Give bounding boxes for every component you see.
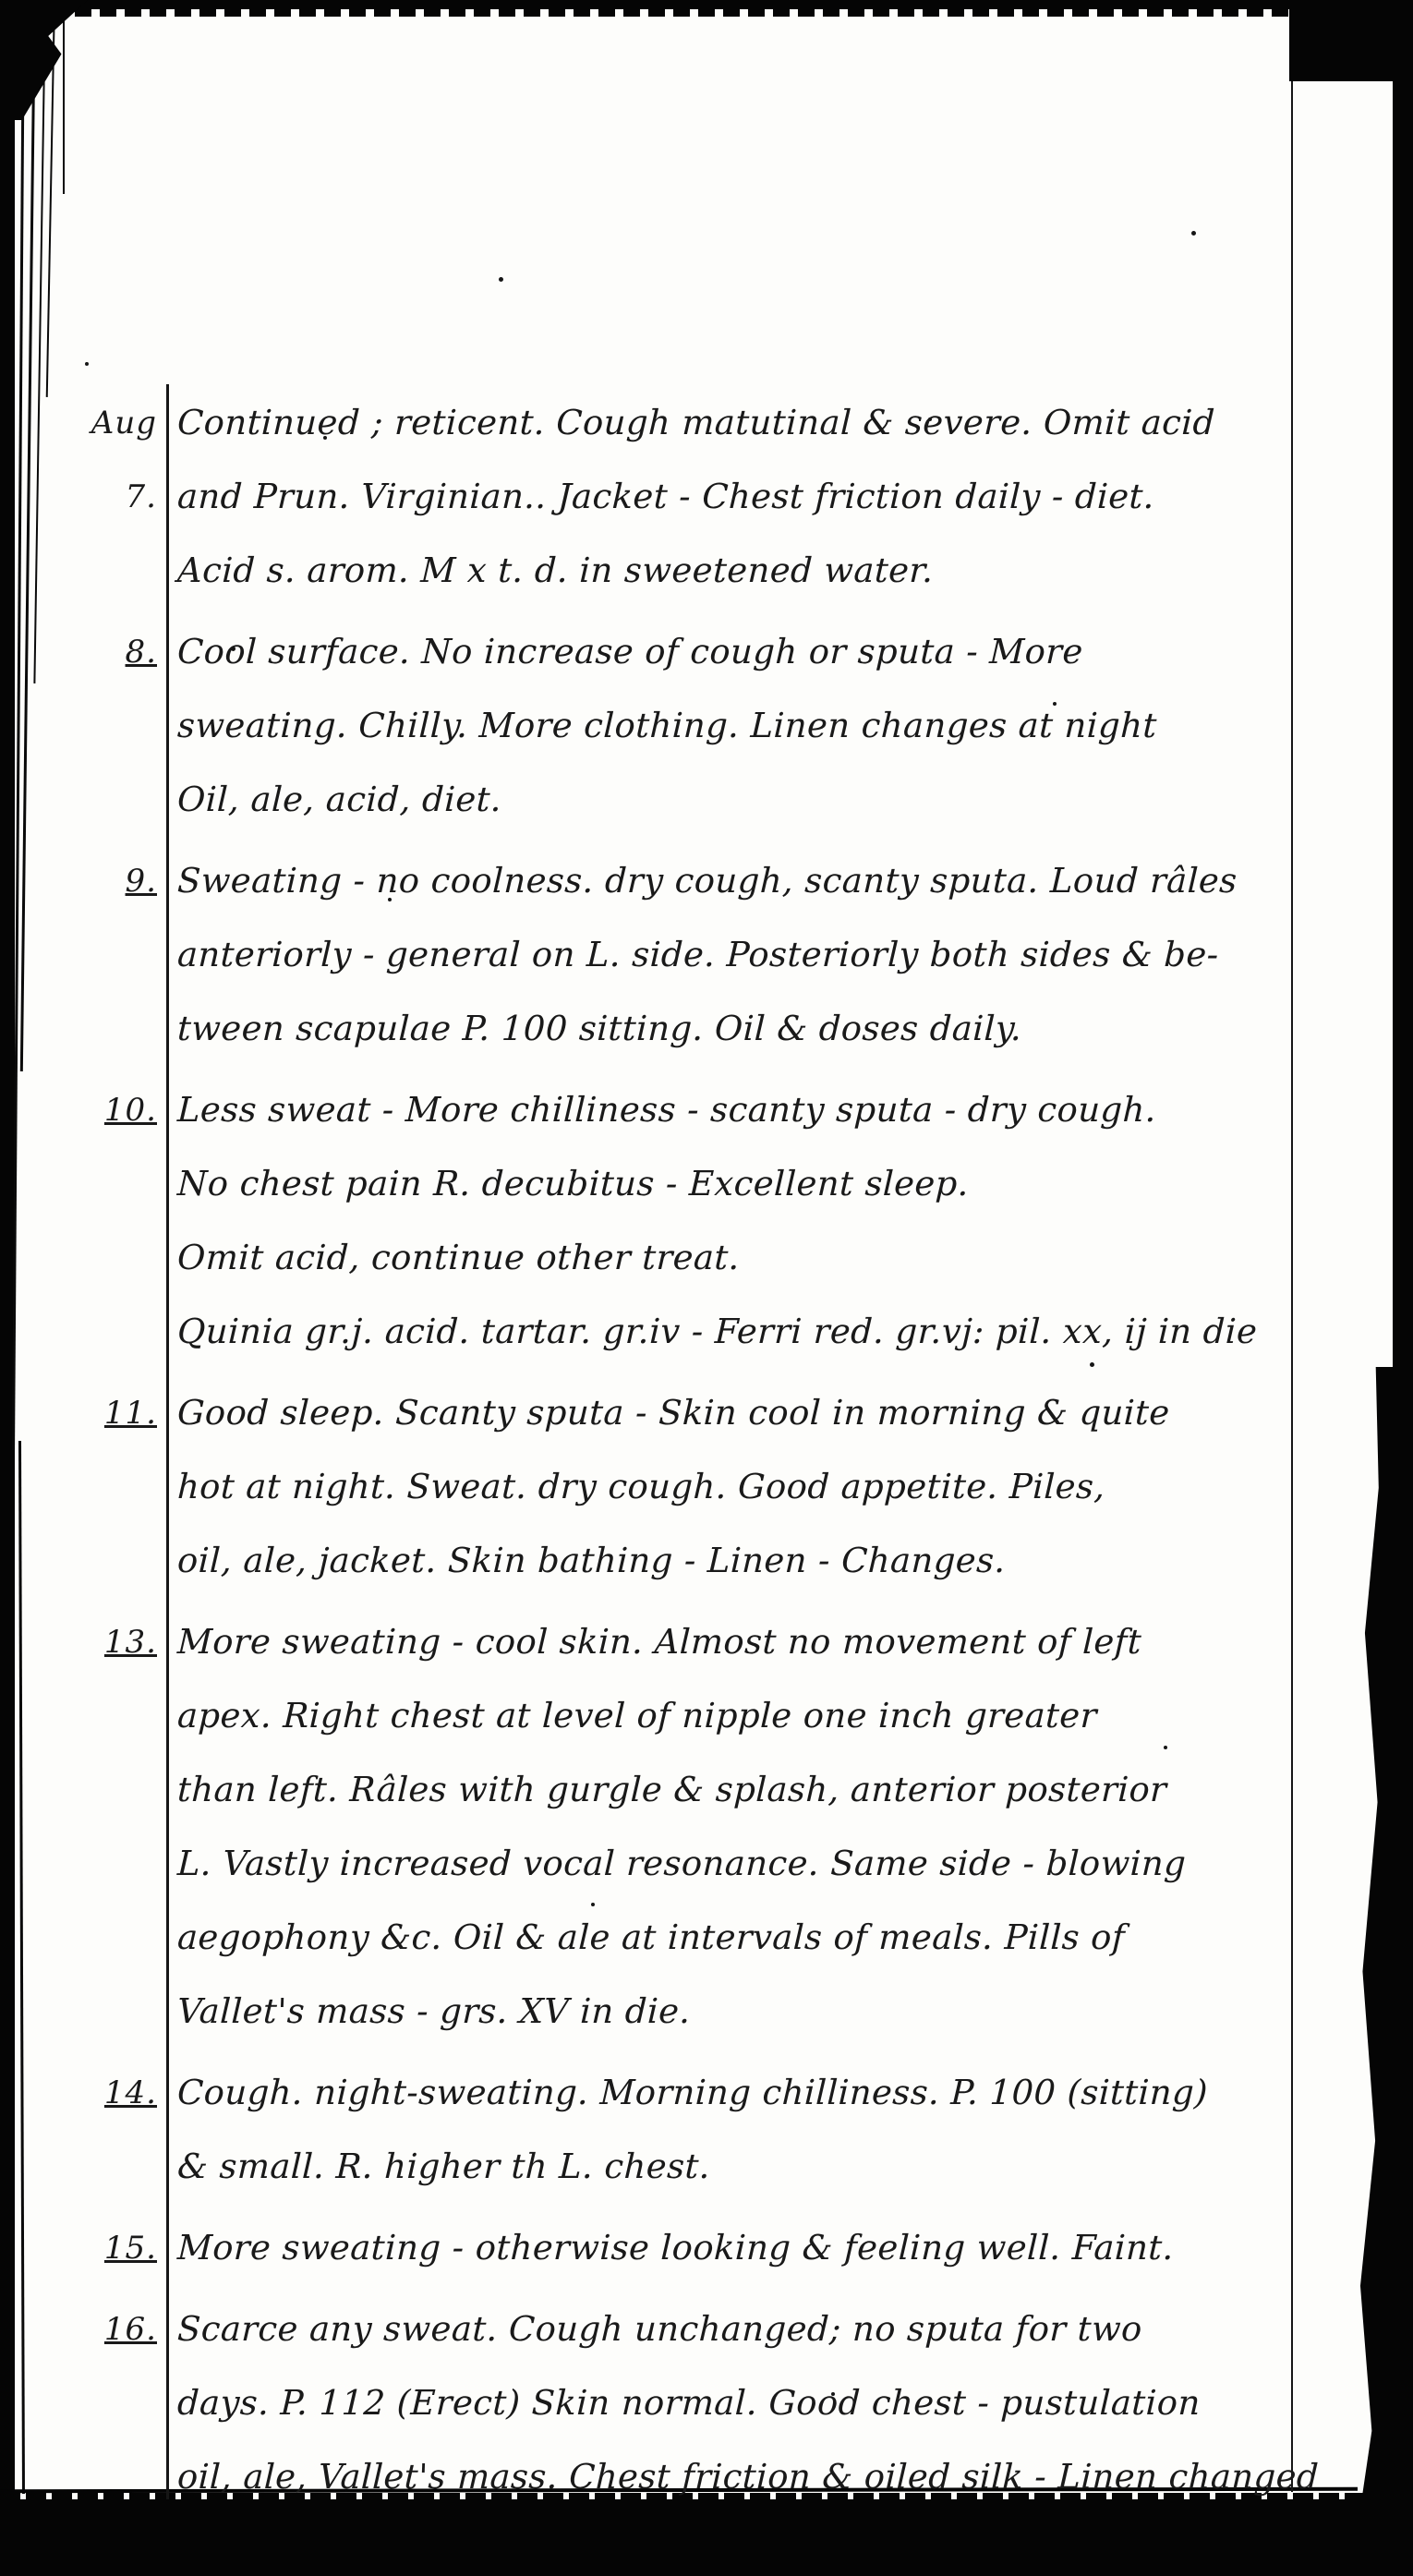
- entry-date-label: 10.: [54, 1073, 157, 1147]
- entry-text-line: oil, ale, Vallet's mass. Chest friction …: [176, 2440, 1297, 2514]
- entry-text-line: Acid s. arom. M x t. d. in sweetened wat…: [176, 534, 1297, 608]
- entry-text-line: sweating. Chilly. More clothing. Linen c…: [176, 689, 1297, 763]
- scanned-journal-page: Aug 7. Continued ; reticent. Cough matut…: [0, 0, 1413, 2576]
- top-torn-edge: [0, 9, 1413, 17]
- entry-text-line: Less sweat - More chilliness - scanty sp…: [176, 1073, 1297, 1147]
- entry-date-label: 11.: [54, 1376, 157, 1450]
- right-scan-border: [1356, 1367, 1413, 2576]
- journal-entry: Aug 7. Continued ; reticent. Cough matut…: [0, 386, 1300, 608]
- journal-entry: 14. Cough. night-sweating. Morning chill…: [0, 2056, 1300, 2204]
- entry-lines: More sweating - otherwise looking & feel…: [177, 2211, 1300, 2285]
- entry-date-label: 9.: [54, 844, 157, 918]
- entry-lines: Continued ; reticent. Cough matutinal & …: [177, 386, 1300, 608]
- entry-text-line: oil, ale, jacket. Skin bathing - Linen -…: [176, 1524, 1297, 1598]
- entry-lines: Good sleep. Scanty sputa - Skin cool in …: [177, 1376, 1300, 1598]
- entry-text-line: More sweating - otherwise looking & feel…: [176, 2211, 1297, 2285]
- entry-text-line: Vallet's mass - grs. XV in die.: [176, 1975, 1297, 2049]
- entry-text-line: tween scapulae P. 100 sitting. Oil & dos…: [176, 992, 1297, 1066]
- entry-text-line: aegophony &c. Oil & ale at intervals of …: [176, 1901, 1297, 1975]
- entry-lines: Less sweat - More chilliness - scanty sp…: [177, 1073, 1300, 1369]
- entry-text-line: Continued ; reticent. Cough matutinal & …: [176, 386, 1297, 460]
- entry-date-label: 15.: [54, 2211, 157, 2285]
- entry-text-line: L. Vastly increased vocal resonance. Sam…: [176, 1827, 1297, 1901]
- entry-date-label: 8.: [54, 615, 157, 689]
- entry-text-line: days. P. 112 (Erect) Skin normal. Good c…: [176, 2366, 1297, 2440]
- entry-text-line: apex. Right chest at level of nipple one…: [176, 1679, 1297, 1753]
- journal-entry: 11. Good sleep. Scanty sputa - Skin cool…: [0, 1376, 1300, 1598]
- entry-text-line: Oil, ale, acid, diet.: [176, 763, 1297, 837]
- top-scan-border: [0, 0, 1413, 9]
- entry-text-line: Quinia gr.j. acid. tartar. gr.iv - Ferri…: [176, 1295, 1297, 1369]
- entry-lines: Scarce any sweat. Cough unchanged; no sp…: [177, 2292, 1300, 2514]
- journal-entry: 13. More sweating - cool skin. Almost no…: [0, 1605, 1300, 2049]
- journal-entry: 9. Sweating - no coolness. dry cough, sc…: [0, 844, 1300, 1066]
- entry-text-line: Good sleep. Scanty sputa - Skin cool in …: [176, 1376, 1297, 1450]
- journal-entry: 15. More sweating - otherwise looking & …: [0, 2211, 1300, 2285]
- entry-text-line: hot at night. Sweat. dry cough. Good app…: [176, 1450, 1297, 1524]
- entry-date-label: 16.: [54, 2292, 157, 2366]
- entry-text-line: anteriorly - general on L. side. Posteri…: [176, 918, 1297, 992]
- entry-lines: Cough. night-sweating. Morning chillines…: [177, 2056, 1300, 2204]
- entry-lines: More sweating - cool skin. Almost no mov…: [177, 1605, 1300, 2049]
- entry-date-label: 13.: [54, 1605, 157, 1679]
- journal-entry: 16. Scarce any sweat. Cough unchanged; n…: [0, 2292, 1300, 2514]
- journal-entry: 10. Less sweat - More chilliness - scant…: [0, 1073, 1300, 1369]
- entry-date-label: Aug 7.: [54, 386, 157, 460]
- right-scan-border: [1393, 74, 1413, 1371]
- book-page-edge-line: [63, 0, 65, 194]
- entry-text-line: and Prun. Virginian.. Jacket - Chest fri…: [176, 460, 1297, 534]
- ink-speck: [499, 277, 503, 282]
- entry-text-line: More sweating - cool skin. Almost no mov…: [176, 1605, 1297, 1679]
- ink-speck: [85, 362, 89, 366]
- entry-text-line: Scarce any sweat. Cough unchanged; no sp…: [176, 2292, 1297, 2366]
- entry-text-line: Cool surface. No increase of cough or sp…: [176, 615, 1297, 689]
- entry-date-label: 14.: [54, 2056, 157, 2130]
- entry-text-line: Sweating - no coolness. dry cough, scant…: [176, 844, 1297, 918]
- entry-text-line: Cough. night-sweating. Morning chillines…: [176, 2056, 1297, 2130]
- entry-text-line: than left. Râles with gurgle & splash, a…: [176, 1753, 1297, 1827]
- entry-text-line: No chest pain R. decubitus - Excellent s…: [176, 1147, 1297, 1221]
- journal-entry: 8. Cool surface. No increase of cough or…: [0, 615, 1300, 837]
- entry-lines: Sweating - no coolness. dry cough, scant…: [177, 844, 1300, 1066]
- top-right-scan-border: [1289, 0, 1413, 81]
- entry-text-line: & small. R. higher th L. chest.: [176, 2130, 1297, 2204]
- entry-lines: Cool surface. No increase of cough or sp…: [177, 615, 1300, 837]
- entry-text-line: Omit acid, continue other treat.: [176, 1221, 1297, 1295]
- entries-container: Aug 7. Continued ; reticent. Cough matut…: [0, 379, 1300, 2514]
- ink-speck: [1191, 231, 1196, 236]
